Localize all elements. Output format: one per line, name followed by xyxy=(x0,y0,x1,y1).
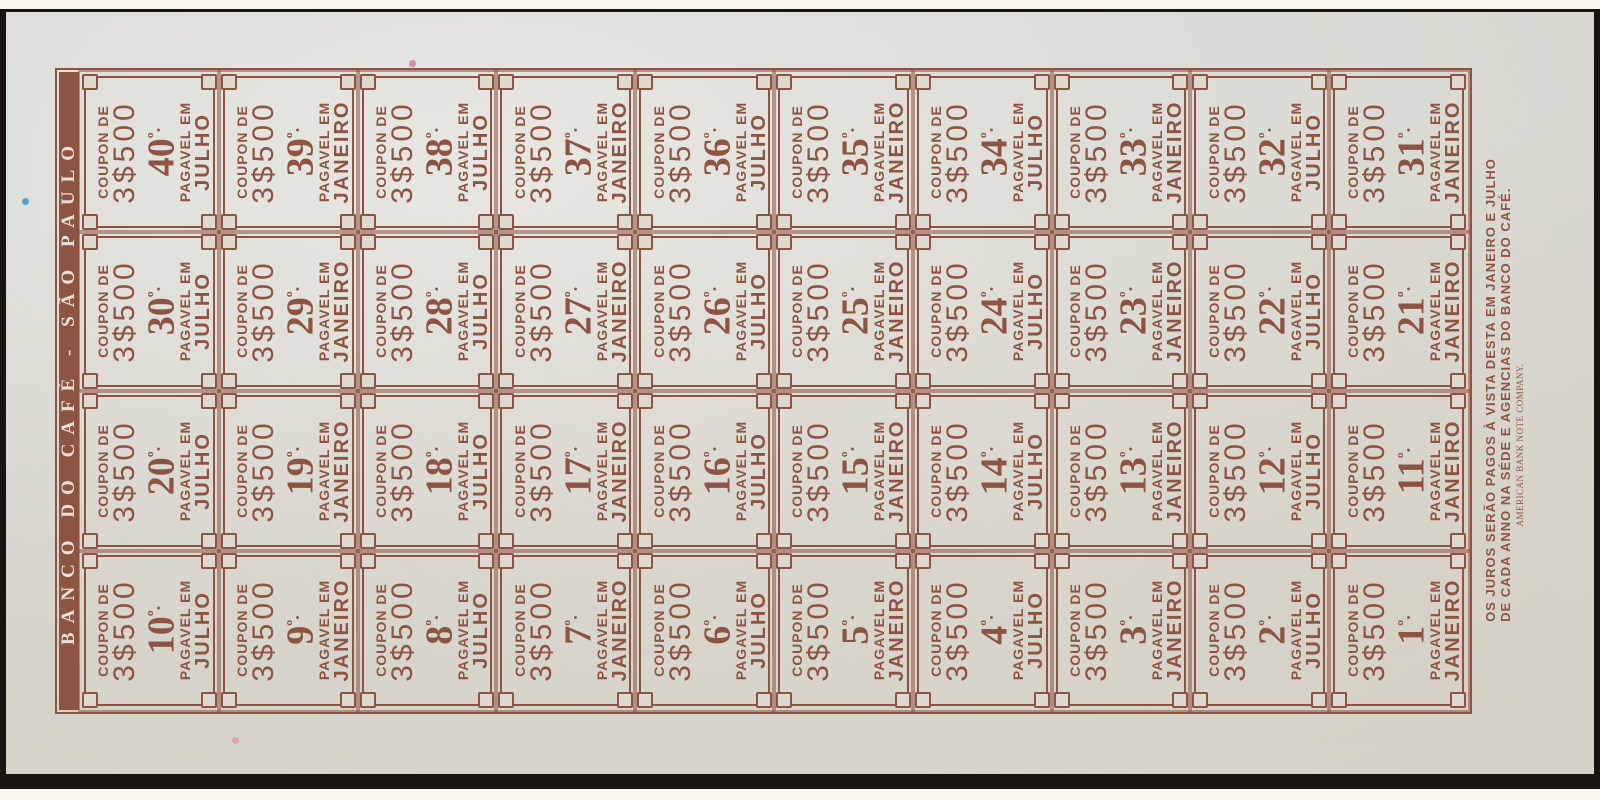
coupon-value: 3$500 xyxy=(1083,241,1111,381)
ink-speck xyxy=(409,60,416,67)
payable-month: JULHO xyxy=(193,401,213,541)
coupon-number: 9º. xyxy=(278,560,316,700)
payable-label: PAGAVEL EM xyxy=(871,82,887,222)
coupon-27: COUPON DE3$50027º.PAGAVEL EMJANEIRO xyxy=(500,236,631,388)
payable-label: PAGAVEL EM xyxy=(1010,560,1026,700)
payable-label: PAGAVEL EM xyxy=(316,82,332,222)
coupon-number: 18º. xyxy=(417,401,455,541)
payable-month: JULHO xyxy=(748,560,768,700)
payable-month: JANEIRO xyxy=(1165,241,1185,381)
coupon-value: 3$500 xyxy=(1361,401,1389,541)
payable-label: PAGAVEL EM xyxy=(1287,401,1303,541)
payable-month: JULHO xyxy=(471,401,491,541)
coupon-number: 12º. xyxy=(1250,401,1288,541)
coupon-22: COUPON DE3$50022º.PAGAVEL EMJULHO xyxy=(1194,236,1325,388)
coupon-number: 4º. xyxy=(972,560,1010,700)
coupon-4: COUPON DE3$5004º.PAGAVEL EMJULHO xyxy=(917,555,1048,707)
payable-month: JANEIRO xyxy=(332,241,352,381)
coupon-number: 28º. xyxy=(417,241,455,381)
coupon-number: 5º. xyxy=(833,560,871,700)
coupon-value: 3$500 xyxy=(1083,82,1111,222)
coupon-value: 3$500 xyxy=(1083,560,1111,700)
coupon-12: COUPON DE3$50012º.PAGAVEL EMJULHO xyxy=(1194,395,1325,547)
coupon-5: COUPON DE3$5005º.PAGAVEL EMJANEIRO xyxy=(778,555,909,707)
coupon-10: COUPON DE3$50010º.PAGAVEL EMJULHO xyxy=(84,555,215,707)
payable-month: JANEIRO xyxy=(887,560,907,700)
coupon-value: 3$500 xyxy=(389,560,417,700)
payable-month: JANEIRO xyxy=(609,241,629,381)
payable-label: PAGAVEL EM xyxy=(871,401,887,541)
coupon-value: 3$500 xyxy=(1222,241,1250,381)
payable-month: JULHO xyxy=(1026,401,1046,541)
payable-month: JANEIRO xyxy=(1442,560,1462,700)
payable-month: JANEIRO xyxy=(332,401,352,541)
payable-month: JULHO xyxy=(1303,560,1323,700)
payable-label: PAGAVEL EM xyxy=(1426,82,1442,222)
payable-label: PAGAVEL EM xyxy=(593,560,609,700)
payable-month: JANEIRO xyxy=(1165,560,1185,700)
payable-month: JULHO xyxy=(471,560,491,700)
coupon-number: 10º. xyxy=(139,560,177,700)
payable-label: PAGAVEL EM xyxy=(1287,82,1303,222)
coupon-number: 16º. xyxy=(695,401,733,541)
coupon-number: 30º. xyxy=(139,241,177,381)
payable-label: PAGAVEL EM xyxy=(593,241,609,381)
coupon-value: 3$500 xyxy=(1222,560,1250,700)
coupon-value: 3$500 xyxy=(1361,560,1389,700)
payable-month: JULHO xyxy=(1026,241,1046,381)
coupon-value: 3$500 xyxy=(944,82,972,222)
coupon-number: 6º. xyxy=(695,560,733,700)
payable-month: JANEIRO xyxy=(332,560,352,700)
payable-label: PAGAVEL EM xyxy=(455,82,471,222)
payable-month: JANEIRO xyxy=(332,82,352,222)
coupon-39: COUPON DE3$50039º.PAGAVEL EMJANEIRO xyxy=(223,76,354,228)
payable-month: JANEIRO xyxy=(1165,401,1185,541)
coupon-1: COUPON DE3$5001º.PAGAVEL EMJANEIRO xyxy=(1333,555,1464,707)
coupon-38: COUPON DE3$50038º.PAGAVEL EMJULHO xyxy=(362,76,493,228)
payable-month: JULHO xyxy=(193,241,213,381)
payable-label: PAGAVEL EM xyxy=(1149,82,1165,222)
payable-label: PAGAVEL EM xyxy=(1287,560,1303,700)
payable-month: JANEIRO xyxy=(609,82,629,222)
payable-month: JANEIRO xyxy=(887,82,907,222)
ink-speck xyxy=(232,737,239,744)
coupon-value: 3$500 xyxy=(250,401,278,541)
coupon-value: 3$500 xyxy=(528,82,556,222)
coupon-number: 38º. xyxy=(417,82,455,222)
coupon-number: 27º. xyxy=(556,241,594,381)
coupon-value: 3$500 xyxy=(1222,401,1250,541)
coupon-grid: COUPON DE3$50040º.PAGAVEL EMJULHOCOUPON … xyxy=(80,72,1468,710)
terms-line-1: OS JUROS SERÃO PAGOS À VISTA DESTA EM JA… xyxy=(1483,158,1498,622)
coupon-number: 3º. xyxy=(1111,560,1149,700)
coupon-16: COUPON DE3$50016º.PAGAVEL EMJULHO xyxy=(639,395,770,547)
coupon-value: 3$500 xyxy=(944,241,972,381)
payable-month: JULHO xyxy=(1026,560,1046,700)
payable-label: PAGAVEL EM xyxy=(732,560,748,700)
coupon-number: 37º. xyxy=(556,82,594,222)
payable-label: PAGAVEL EM xyxy=(1149,241,1165,381)
coupon-value: 3$500 xyxy=(944,560,972,700)
payable-month: JANEIRO xyxy=(1165,82,1185,222)
coupon-value: 3$500 xyxy=(1361,241,1389,381)
payable-month: JULHO xyxy=(193,82,213,222)
payable-month: JANEIRO xyxy=(887,401,907,541)
coupon-value: 3$500 xyxy=(805,241,833,381)
coupon-number: 31º. xyxy=(1389,82,1427,222)
payable-month: JULHO xyxy=(1303,82,1323,222)
payable-label: PAGAVEL EM xyxy=(455,560,471,700)
payable-month: JULHO xyxy=(193,560,213,700)
payable-label: PAGAVEL EM xyxy=(177,560,193,700)
coupon-31: COUPON DE3$50031º.PAGAVEL EMJANEIRO xyxy=(1333,76,1464,228)
payable-month: JANEIRO xyxy=(887,241,907,381)
coupon-9: COUPON DE3$5009º.PAGAVEL EMJANEIRO xyxy=(223,555,354,707)
coupon-35: COUPON DE3$50035º.PAGAVEL EMJANEIRO xyxy=(778,76,909,228)
payable-label: PAGAVEL EM xyxy=(1010,401,1026,541)
payable-label: PAGAVEL EM xyxy=(177,82,193,222)
coupon-15: COUPON DE3$50015º.PAGAVEL EMJANEIRO xyxy=(778,395,909,547)
coupon-36: COUPON DE3$50036º.PAGAVEL EMJULHO xyxy=(639,76,770,228)
payable-label: PAGAVEL EM xyxy=(593,82,609,222)
coupon-6: COUPON DE3$5006º.PAGAVEL EMJULHO xyxy=(639,555,770,707)
coupon-value: 3$500 xyxy=(528,560,556,700)
payable-label: PAGAVEL EM xyxy=(1287,241,1303,381)
payable-label: PAGAVEL EM xyxy=(593,401,609,541)
coupon-number: 19º. xyxy=(278,401,316,541)
payable-label: PAGAVEL EM xyxy=(1426,241,1442,381)
coupon-number: 21º. xyxy=(1389,241,1427,381)
coupon-23: COUPON DE3$50023º.PAGAVEL EMJANEIRO xyxy=(1056,236,1187,388)
payable-label: PAGAVEL EM xyxy=(1010,241,1026,381)
coupon-value: 3$500 xyxy=(944,401,972,541)
payable-label: PAGAVEL EM xyxy=(871,241,887,381)
coupon-33: COUPON DE3$50033º.PAGAVEL EMJANEIRO xyxy=(1056,76,1187,228)
payable-month: JULHO xyxy=(748,82,768,222)
coupon-value: 3$500 xyxy=(805,82,833,222)
coupon-number: 26º. xyxy=(695,241,733,381)
coupon-number: 22º. xyxy=(1250,241,1288,381)
coupon-value: 3$500 xyxy=(250,560,278,700)
coupon-value: 3$500 xyxy=(1083,401,1111,541)
payable-label: PAGAVEL EM xyxy=(732,82,748,222)
issuer-name: BANCO DO CAFÉ - SÃO PAULO xyxy=(58,137,80,645)
payable-month: JULHO xyxy=(1303,401,1323,541)
payable-label: PAGAVEL EM xyxy=(732,241,748,381)
coupon-number: 36º. xyxy=(695,82,733,222)
printer-imprint: AMERICAN BANK NOTE COMPANY. xyxy=(1510,300,1530,590)
coupon-28: COUPON DE3$50028º.PAGAVEL EMJULHO xyxy=(362,236,493,388)
coupon-value: 3$500 xyxy=(111,560,139,700)
coupon-number: 7º. xyxy=(556,560,594,700)
coupon-value: 3$500 xyxy=(389,82,417,222)
payable-label: PAGAVEL EM xyxy=(316,241,332,381)
coupon-19: COUPON DE3$50019º.PAGAVEL EMJANEIRO xyxy=(223,395,354,547)
coupon-number: 1º. xyxy=(1389,560,1427,700)
coupon-number: 24º. xyxy=(972,241,1010,381)
coupon-number: 17º. xyxy=(556,401,594,541)
payable-label: PAGAVEL EM xyxy=(1426,560,1442,700)
payable-label: PAGAVEL EM xyxy=(455,401,471,541)
coupon-number: 25º. xyxy=(833,241,871,381)
coupon-value: 3$500 xyxy=(667,560,695,700)
coupon-value: 3$500 xyxy=(667,401,695,541)
coupon-value: 3$500 xyxy=(250,241,278,381)
payable-label: PAGAVEL EM xyxy=(316,401,332,541)
coupon-34: COUPON DE3$50034º.PAGAVEL EMJULHO xyxy=(917,76,1048,228)
coupon-number: 29º. xyxy=(278,241,316,381)
coupon-7: COUPON DE3$5007º.PAGAVEL EMJANEIRO xyxy=(500,555,631,707)
payable-month: JANEIRO xyxy=(1442,241,1462,381)
payable-month: JULHO xyxy=(748,401,768,541)
coupon-value: 3$500 xyxy=(1361,82,1389,222)
coupon-29: COUPON DE3$50029º.PAGAVEL EMJANEIRO xyxy=(223,236,354,388)
coupon-18: COUPON DE3$50018º.PAGAVEL EMJULHO xyxy=(362,395,493,547)
payable-label: PAGAVEL EM xyxy=(1149,560,1165,700)
coupon-value: 3$500 xyxy=(805,401,833,541)
payable-month: JULHO xyxy=(471,82,491,222)
coupon-37: COUPON DE3$50037º.PAGAVEL EMJANEIRO xyxy=(500,76,631,228)
coupon-32: COUPON DE3$50032º.PAGAVEL EMJULHO xyxy=(1194,76,1325,228)
payable-label: PAGAVEL EM xyxy=(316,560,332,700)
coupon-21: COUPON DE3$50021º.PAGAVEL EMJANEIRO xyxy=(1333,236,1464,388)
coupon-value: 3$500 xyxy=(250,82,278,222)
payable-label: PAGAVEL EM xyxy=(177,241,193,381)
coupon-value: 3$500 xyxy=(528,401,556,541)
coupon-20: COUPON DE3$50020º.PAGAVEL EMJULHO xyxy=(84,395,215,547)
coupon-value: 3$500 xyxy=(528,241,556,381)
coupon-number: 13º. xyxy=(1111,401,1149,541)
coupon-number: 40º. xyxy=(139,82,177,222)
coupon-value: 3$500 xyxy=(667,241,695,381)
coupon-value: 3$500 xyxy=(111,401,139,541)
coupon-number: 2º. xyxy=(1250,560,1288,700)
coupon-25: COUPON DE3$50025º.PAGAVEL EMJANEIRO xyxy=(778,236,909,388)
payable-label: PAGAVEL EM xyxy=(1426,401,1442,541)
printer-name: AMERICAN BANK NOTE COMPANY. xyxy=(1515,363,1525,526)
payable-label: PAGAVEL EM xyxy=(455,241,471,381)
coupon-value: 3$500 xyxy=(111,241,139,381)
coupon-number: 35º. xyxy=(833,82,871,222)
payable-month: JANEIRO xyxy=(609,560,629,700)
coupon-number: 33º. xyxy=(1111,82,1149,222)
coupon-17: COUPON DE3$50017º.PAGAVEL EMJANEIRO xyxy=(500,395,631,547)
payable-month: JULHO xyxy=(748,241,768,381)
payable-label: PAGAVEL EM xyxy=(1149,401,1165,541)
coupon-number: 23º. xyxy=(1111,241,1149,381)
coupon-value: 3$500 xyxy=(667,82,695,222)
payable-month: JANEIRO xyxy=(609,401,629,541)
coupon-number: 20º. xyxy=(139,401,177,541)
payable-month: JULHO xyxy=(1303,241,1323,381)
coupon-24: COUPON DE3$50024º.PAGAVEL EMJULHO xyxy=(917,236,1048,388)
coupon-number: 8º. xyxy=(417,560,455,700)
coupon-number: 32º. xyxy=(1250,82,1288,222)
payable-month: JULHO xyxy=(471,241,491,381)
coupon-30: COUPON DE3$50030º.PAGAVEL EMJULHO xyxy=(84,236,215,388)
payable-label: PAGAVEL EM xyxy=(732,401,748,541)
coupon-number: 11º. xyxy=(1389,401,1427,541)
payable-month: JANEIRO xyxy=(1442,401,1462,541)
coupon-value: 3$500 xyxy=(389,241,417,381)
coupon-value: 3$500 xyxy=(389,401,417,541)
coupon-value: 3$500 xyxy=(1222,82,1250,222)
payable-month: JULHO xyxy=(1026,82,1046,222)
issuer-band: BANCO DO CAFÉ - SÃO PAULO xyxy=(59,72,79,710)
coupon-8: COUPON DE3$5008º.PAGAVEL EMJULHO xyxy=(362,555,493,707)
coupon-number: 34º. xyxy=(972,82,1010,222)
coupon-number: 15º. xyxy=(833,401,871,541)
payable-label: PAGAVEL EM xyxy=(871,560,887,700)
coupon-number: 14º. xyxy=(972,401,1010,541)
ink-speck xyxy=(22,198,29,205)
coupon-number: 39º. xyxy=(278,82,316,222)
coupon-value: 3$500 xyxy=(805,560,833,700)
coupon-40: COUPON DE3$50040º.PAGAVEL EMJULHO xyxy=(84,76,215,228)
payable-label: PAGAVEL EM xyxy=(1010,82,1026,222)
coupon-2: COUPON DE3$5002º.PAGAVEL EMJULHO xyxy=(1194,555,1325,707)
coupon-value: 3$500 xyxy=(111,82,139,222)
payable-label: PAGAVEL EM xyxy=(177,401,193,541)
coupon-13: COUPON DE3$50013º.PAGAVEL EMJANEIRO xyxy=(1056,395,1187,547)
coupon-11: COUPON DE3$50011º.PAGAVEL EMJANEIRO xyxy=(1333,395,1464,547)
coupon-3: COUPON DE3$5003º.PAGAVEL EMJANEIRO xyxy=(1056,555,1187,707)
payable-month: JANEIRO xyxy=(1442,82,1462,222)
coupon-26: COUPON DE3$50026º.PAGAVEL EMJULHO xyxy=(639,236,770,388)
coupon-14: COUPON DE3$50014º.PAGAVEL EMJULHO xyxy=(917,395,1048,547)
